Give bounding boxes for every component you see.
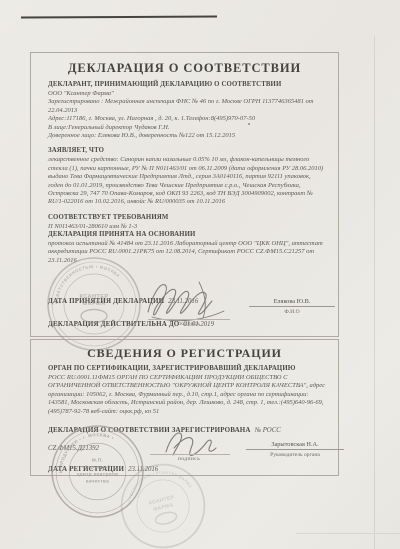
signatory1-name: Елякова Ю.В. [249, 298, 335, 307]
registration-title: СВЕДЕНИЯ О РЕГИСТРАЦИИ [31, 346, 338, 361]
paper-bottom-crease [296, 533, 400, 534]
declarant-address: Адрес:117186, г. Москва, ул. Нагорная , … [48, 115, 325, 123]
complies-heading: СООТВЕТСТВУЕТ ТРЕБОВАНИЯМ [48, 214, 325, 223]
signature2-line [150, 454, 230, 455]
stamp2-center-line3: качества [86, 479, 109, 484]
signatory1-name-caption: Ф.И.О [249, 309, 335, 315]
declarant-heading: ДЕКЛАРАНТ, ПРИНИМАЮЩИЙ ДЕКЛАРАЦИЮ О СООТ… [48, 81, 325, 90]
cert-body-text: РОСС RU.0001.11ФМ15 ОРГАН ПО СЕРТИФИКАЦИ… [48, 374, 325, 416]
basis-heading: ДЕКЛАРАЦИЯ ПРИНЯТА НА ОСНОВАНИИ [48, 231, 325, 240]
declarant-trustee: Доверенное лицо: Елякова Ю.В., доверенно… [48, 132, 325, 140]
complies-text: П N011463/01-280610 изм № 1-3 [48, 223, 325, 231]
signatory1-fio: Елякова Ю.В. Ф.И.О [249, 298, 335, 315]
declarant-signature [142, 276, 234, 324]
declaration-title: ДЕКЛАРАЦИЯ О СООТВЕТСТВИИ [31, 61, 338, 76]
declares-heading: ЗАЯВЛЯЕТ, ЧТО [48, 147, 325, 156]
stamp1-center-line2: ФАРМА [82, 301, 105, 307]
declarant-company: ООО "Ксантер Фарма" [48, 90, 325, 98]
signatory2-fio: Зарытовская Н.А. Руководитель органа [246, 441, 344, 458]
scanned-document-page: ДЕКЛАРАЦИЯ О СООТВЕТСТВИИ ДЕКЛАРАНТ, ПРИ… [0, 0, 400, 549]
signatory2-name-caption: Руководитель органа [246, 452, 344, 458]
cert-body-heading: ОРГАН ПО СЕРТИФИКАЦИИ, ЗАРЕГИСТРИРОВАВШИ… [48, 365, 325, 374]
faint-company-stamp: ОБЩЕСТВО С ОГРАНИЧЕННОЙ ОТВЕТСТВЕННОСТЬЮ… [118, 461, 208, 549]
declarant-registration: Зарегистрировано : Межрайонная инспекция… [48, 98, 325, 115]
signature1-caption: подпись [158, 321, 220, 327]
stamp2-center-line2: центр контроля [77, 472, 119, 477]
signatory2-name: Зарытовская Н.А. [246, 441, 344, 450]
stamp1-center-line1: КСАНТЕР [80, 294, 109, 300]
signature1-line [148, 319, 230, 320]
stamp2-mp: М.П. [92, 457, 103, 462]
stamp2-center-line1: Окружной [84, 463, 110, 469]
declarant-director: В лице:Генеральный директор Чудаков Г.Н. [48, 124, 325, 132]
declares-text: лекарственное средство: Санорин капли на… [48, 156, 325, 207]
paper-edge-crease [374, 36, 375, 549]
scan-artifact-line [21, 15, 217, 18]
